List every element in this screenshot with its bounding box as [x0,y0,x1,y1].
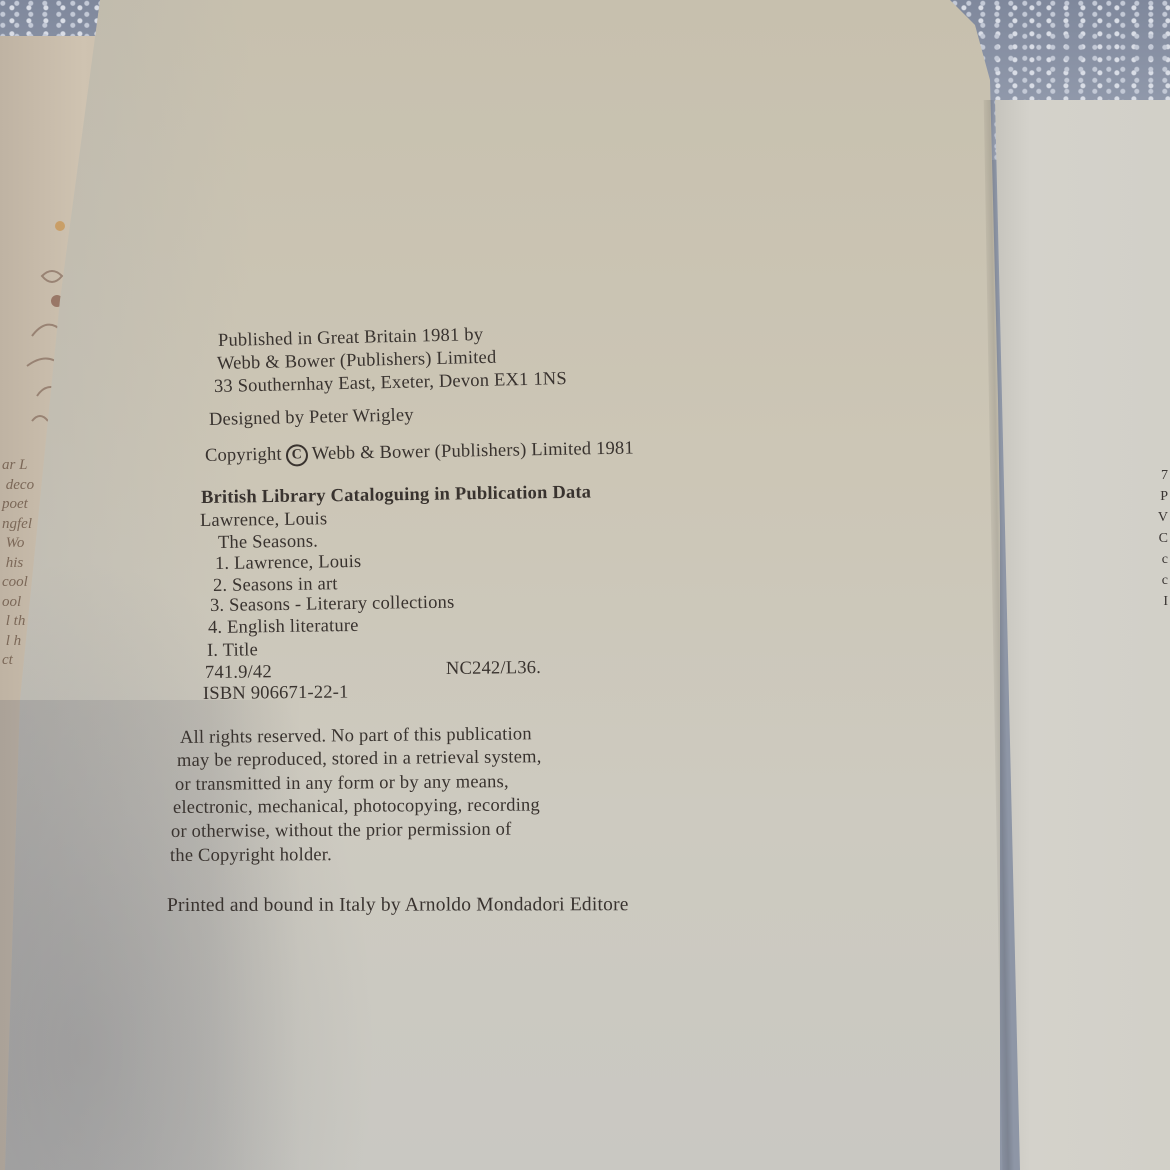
cip-title: The Seasons. [218,532,318,554]
copyright-holder: Webb & Bower (Publishers) Limited 1981 [312,439,634,465]
cip-dewey: 741.9/42 [205,662,272,684]
cip-subject: 4. English literature [208,616,359,639]
cip-isbn: ISBN 906671-22-1 [203,682,349,705]
rights-line: or otherwise, without the prior permissi… [171,820,512,843]
copyright-symbol-icon: C [286,444,308,466]
rights-line: All rights reserved. No part of this pub… [180,724,532,749]
rights-line: or transmitted in any form or by any mea… [175,772,509,796]
cip-subject: 3. Seasons - Literary collections [210,593,455,617]
cip-lc-class: NC242/L36. [446,658,541,680]
rights-line: electronic, mechanical, photocopying, re… [173,795,540,819]
printer-credit: Printed and bound in Italy by Arnoldo Mo… [167,894,629,917]
cip-author: Lawrence, Louis [200,509,328,532]
rights-line: may be reproduced, stored in a retrieval… [177,747,542,772]
facing-page-text: 7 P V C c c I [1158,465,1168,612]
cip-title-entry: I. Title [207,640,258,662]
copyright-label: Copyright [205,445,282,466]
copyright-page [0,0,1000,1170]
facing-page: 7 P V C c c I [995,100,1170,1170]
cip-subject: 1. Lawrence, Louis [215,552,362,575]
rights-line: the Copyright holder. [170,845,332,867]
